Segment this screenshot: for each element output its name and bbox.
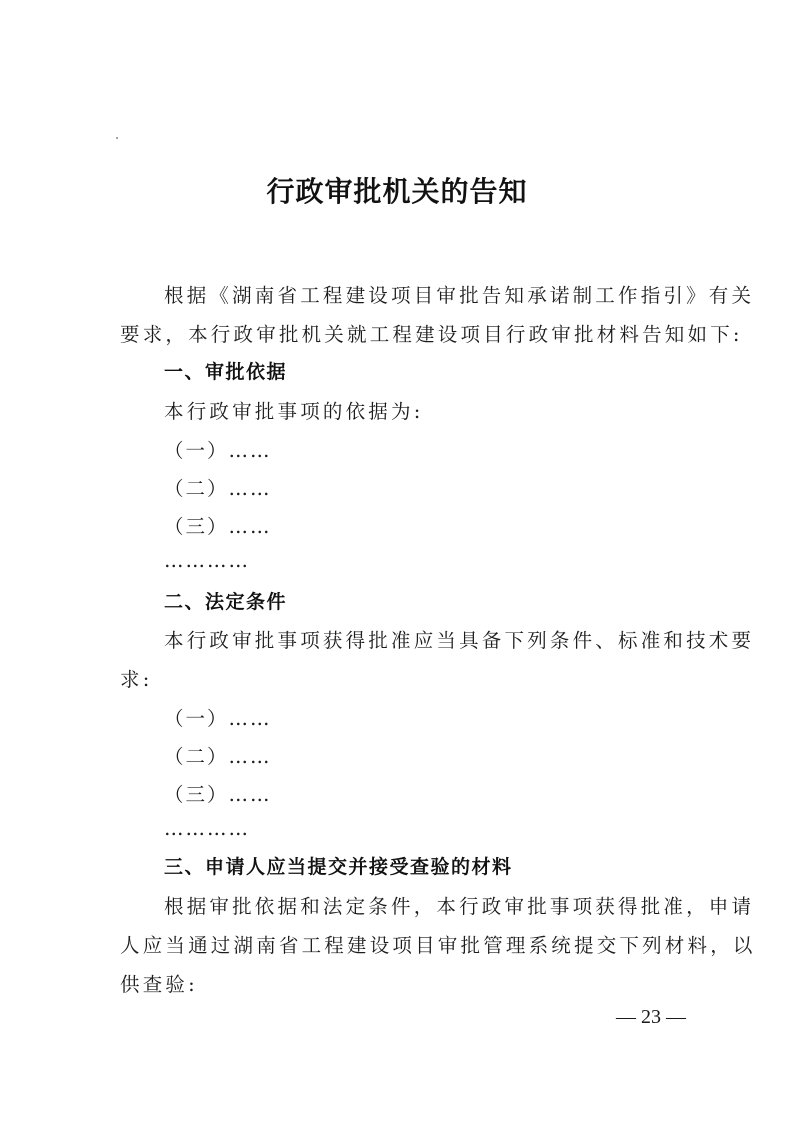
section-1-heading: 一、审批依据	[164, 357, 287, 384]
section-1-item-3: （三）……	[164, 511, 272, 539]
section-2-lead-line-2: 求:	[120, 664, 152, 692]
section-1-item-1: （一）……	[164, 435, 272, 463]
section-2-ellipsis: …………	[164, 817, 250, 840]
section-3-body-line-1: 根据审批依据和法定条件，本行政审批事项获得批准，申请	[164, 891, 754, 919]
section-2-heading: 二、法定条件	[164, 587, 287, 614]
section-1-item-2: （二）……	[164, 473, 272, 501]
section-2-item-3: （三）……	[164, 779, 272, 807]
section-2-item-1: （一）……	[164, 703, 272, 731]
section-2-lead-line-1: 本行政审批事项获得批准应当具备下列条件、标准和技术要	[164, 625, 754, 653]
section-3-body-line-3: 供查验:	[120, 969, 198, 997]
section-1-ellipsis: …………	[164, 549, 250, 572]
section-1-lead: 本行政审批事项的依据为:	[164, 396, 423, 424]
intro-line-1: 根据《湖南省工程建设项目审批告知承诺制工作指引》有关	[164, 280, 754, 308]
section-2-item-2: （二）……	[164, 741, 272, 769]
page-number: — 23 —	[616, 1006, 686, 1029]
document-title: 行政审批机关的告知	[0, 170, 794, 210]
intro-line-2: 要求，本行政审批机关就工程建设项目行政审批材料告知如下:	[120, 319, 743, 347]
section-3-body-line-2: 人应当通过湖南省工程建设项目审批管理系统提交下列材料，以	[120, 930, 756, 958]
scan-speck	[116, 137, 118, 139]
section-3-heading: 三、申请人应当提交并接受查验的材料	[164, 852, 513, 879]
